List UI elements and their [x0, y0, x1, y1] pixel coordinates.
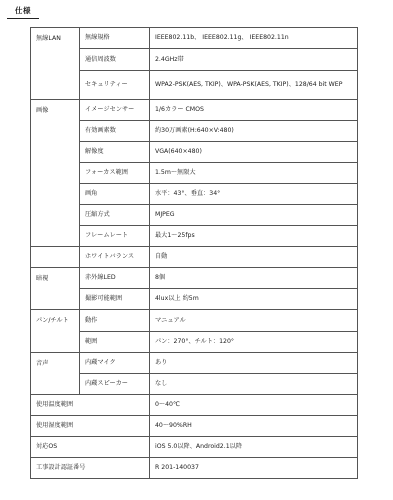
label-cell: 範囲	[80, 332, 150, 353]
table-row: 内蔵スピーカー なし	[31, 374, 358, 395]
label-cell: 無線規格	[80, 28, 150, 49]
value-cell: 最大1～25fps	[150, 226, 358, 247]
value-cell: 40～90%RH	[150, 416, 358, 437]
table-row: セキュリティー WPA2-PSK(AES, TKIP)、WPA-PSK(AES,…	[31, 71, 358, 100]
value-cell: WPA2-PSK(AES, TKIP)、WPA-PSK(AES, TKIP)、1…	[150, 71, 358, 100]
spec-table: 無線LAN 無線規格 IEEE802.11b、 IEEE802.11g、 IEE…	[30, 27, 358, 479]
value-cell: 自動	[150, 247, 358, 268]
table-row: 音声 内蔵マイク あり	[31, 353, 358, 374]
category-cell: 画像	[31, 100, 80, 247]
table-row: 無線LAN 無線規格 IEEE802.11b、 IEEE802.11g、 IEE…	[31, 28, 358, 49]
table-row: 撮影可能範囲 4lux以上 約5m	[31, 289, 358, 310]
table-row: 通信周波数 2.4GHz帯	[31, 49, 358, 71]
table-row: 使用温度範囲 0～40℃	[31, 395, 358, 416]
label-cell: 画角	[80, 184, 150, 205]
value-cell: なし	[150, 374, 358, 395]
value-cell: パン：270°、チルト：120°	[150, 332, 358, 353]
table-row: 工事設計認証番号 R 201-140037	[31, 458, 358, 479]
value-cell: 0～40℃	[150, 395, 358, 416]
label-cell: フォーカス範囲	[80, 163, 150, 184]
label-cell: ホワイトバランス	[80, 247, 150, 268]
table-row: 使用湿度範囲 40～90%RH	[31, 416, 358, 437]
value-cell: マニュアル	[150, 310, 358, 332]
label-cell: 使用温度範囲	[31, 395, 150, 416]
label-cell: 通信周波数	[80, 49, 150, 71]
label-cell: セキュリティー	[80, 71, 150, 100]
category-cell: 無線LAN	[31, 28, 80, 100]
label-cell: 有効画素数	[80, 121, 150, 142]
value-cell: 1/6カラー CMOS	[150, 100, 358, 121]
category-cell: 音声	[31, 353, 80, 395]
table-row: 範囲 パン：270°、チルト：120°	[31, 332, 358, 353]
label-cell: 圧縮方式	[80, 205, 150, 226]
value-cell: 水平：43°、垂直：34°	[150, 184, 358, 205]
label-cell: 工事設計認証番号	[31, 458, 150, 479]
value-cell: 2.4GHz帯	[150, 49, 358, 71]
section-heading: 仕様	[7, 5, 39, 19]
category-cell-continued	[31, 247, 80, 268]
label-cell: フレームレート	[80, 226, 150, 247]
label-cell: 内蔵マイク	[80, 353, 150, 374]
value-cell: あり	[150, 353, 358, 374]
label-cell: 解像度	[80, 142, 150, 163]
label-cell: 使用湿度範囲	[31, 416, 150, 437]
table-row: 圧縮方式 MJPEG	[31, 205, 358, 226]
table-row: フォーカス範囲 1.5m～無限大	[31, 163, 358, 184]
label-cell: イメージセンサー	[80, 100, 150, 121]
value-cell: 8個	[150, 268, 358, 289]
table-row: 画像 イメージセンサー 1/6カラー CMOS	[31, 100, 358, 121]
value-cell: R 201-140037	[150, 458, 358, 479]
value-cell: 1.5m～無限大	[150, 163, 358, 184]
label-cell: 内蔵スピーカー	[80, 374, 150, 395]
table-row: フレームレート 最大1～25fps	[31, 226, 358, 247]
table-row: 解像度 VGA(640×480)	[31, 142, 358, 163]
value-cell: IEEE802.11b、 IEEE802.11g、 IEEE802.11n	[150, 28, 358, 49]
value-cell: MJPEG	[150, 205, 358, 226]
table-row: 暗視 赤外線LED 8個	[31, 268, 358, 289]
value-cell: 約30万画素(H:640×V:480)	[150, 121, 358, 142]
label-cell: 対応OS	[31, 437, 150, 458]
label-cell: 撮影可能範囲	[80, 289, 150, 310]
category-cell: パン/チルト	[31, 310, 80, 353]
table-row: 有効画素数 約30万画素(H:640×V:480)	[31, 121, 358, 142]
table-row: 画角 水平：43°、垂直：34°	[31, 184, 358, 205]
table-row: パン/チルト 動作 マニュアル	[31, 310, 358, 332]
value-cell: VGA(640×480)	[150, 142, 358, 163]
label-cell: 赤外線LED	[80, 268, 150, 289]
value-cell: 4lux以上 約5m	[150, 289, 358, 310]
value-cell: iOS 5.0以降、Android2.1以降	[150, 437, 358, 458]
label-cell: 動作	[80, 310, 150, 332]
table-row: 対応OS iOS 5.0以降、Android2.1以降	[31, 437, 358, 458]
table-row: ホワイトバランス 自動	[31, 247, 358, 268]
category-cell: 暗視	[31, 268, 80, 310]
